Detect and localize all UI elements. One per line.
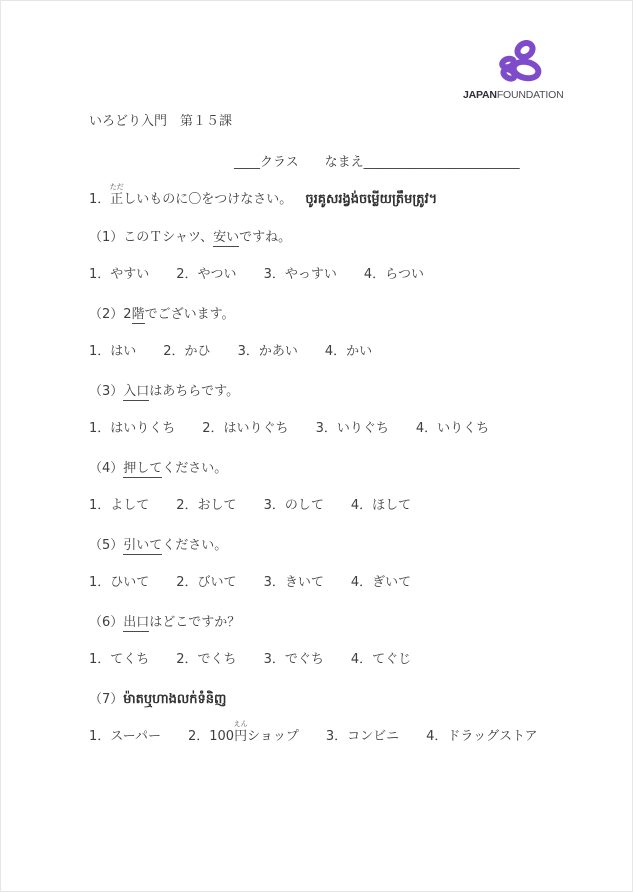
- answer-option: 4．ほして: [351, 497, 411, 514]
- instruction-kanji: 正: [110, 192, 123, 207]
- question-label: （7）: [89, 692, 123, 707]
- page-title: いろどり入門 第１５課: [89, 113, 232, 130]
- japan-foundation-logo: JAPANFOUNDATION: [461, 37, 561, 107]
- worksheet-page: JAPANFOUNDATION いろどり入門 第１５課 ____クラスなまえ__…: [0, 0, 633, 892]
- instruction-ruby: 正ただ: [110, 191, 123, 208]
- answer-option: 4．ドラッグストア: [426, 728, 538, 745]
- answer-option: 1．はい: [89, 343, 136, 360]
- question-3-line: （3）入口はあちらです。: [89, 383, 239, 400]
- answer-option: 3．でぐち: [264, 651, 324, 668]
- option-ruby: 円えん: [234, 728, 247, 745]
- answer-option: 1．よして: [89, 497, 149, 514]
- name-blank-line: ________________________: [364, 155, 520, 170]
- question-7-line: （7）ម៉ាតឬហាងលក់ទំនិញ: [89, 691, 226, 708]
- question-7-options: 1．スーパー2．100円えんショップ3．コンビニ4．ドラッグストア: [89, 728, 538, 745]
- question-post-text: はあちらです。: [149, 384, 239, 399]
- furigana: ただ: [110, 184, 124, 191]
- logo-wordmark: JAPANFOUNDATION: [463, 89, 559, 101]
- question-4-line: （4）押してください。: [89, 460, 227, 477]
- question-4-options: 1．よして2．おして3．のして4．ほして: [89, 497, 411, 514]
- answer-option: 2．やつい: [176, 266, 236, 283]
- instruction-khmer: ចូរគូសរង្វង់ចម្លើយត្រឹមត្រូវ។: [305, 192, 437, 207]
- answer-option: 4．らつい: [364, 266, 424, 283]
- underlined-word: 引いて: [123, 538, 162, 555]
- question-6-line: （6）出口はどこですか？: [89, 614, 240, 631]
- answer-option: 4．ぎいて: [351, 574, 411, 591]
- furigana: えん: [234, 721, 248, 728]
- answer-option: 4．いりくち: [416, 420, 489, 437]
- instruction-line: 1．正ただしいものに〇をつけなさい。ចូរគូសរង្វង់ចម្លើយត្រឹ…: [89, 191, 437, 208]
- answer-option: 1．ひいて: [89, 574, 149, 591]
- name-label: なまえ: [325, 155, 364, 170]
- answer-option: 2．でくち: [176, 651, 236, 668]
- answer-option: 3．かあい: [238, 343, 298, 360]
- question-label: （5）: [89, 538, 123, 553]
- question-post-text: ください。: [162, 461, 227, 476]
- answer-option: 1．やすい: [89, 266, 149, 283]
- answer-option: 2．100円えんショップ: [188, 728, 299, 745]
- question-pre-text: このＴシャツ、: [123, 230, 213, 245]
- question-label: （3）: [89, 384, 123, 399]
- underlined-word: 押して: [123, 461, 162, 478]
- answer-option: 1．てくち: [89, 651, 149, 668]
- question-label: （1）: [89, 230, 123, 245]
- underlined-word: 出口: [123, 615, 149, 632]
- underlined-word: 入口: [123, 384, 149, 401]
- question-5-line: （5）引いてください。: [89, 537, 227, 554]
- butterfly-logo-icon: [495, 37, 545, 89]
- question-1-line: （1）このＴシャツ、安いですね。: [89, 229, 291, 246]
- underlined-word: 階: [132, 307, 145, 324]
- answer-option: 3．やっすい: [264, 266, 337, 283]
- question-post-text: ですね。: [239, 230, 291, 245]
- question-label: （6）: [89, 615, 123, 630]
- question-3-options: 1．はいりくち2．はいりぐち3．いりぐち4．いりくち: [89, 420, 489, 437]
- class-name-line: ____クラスなまえ________________________: [234, 154, 520, 171]
- underlined-word: 安い: [213, 230, 239, 247]
- question-5-options: 1．ひいて2．びいて3．きいて4．ぎいて: [89, 574, 411, 591]
- class-label: クラス: [260, 155, 299, 170]
- question-pre-text: 2: [123, 307, 131, 322]
- answer-option: 2．おして: [176, 497, 236, 514]
- question-post-text: でございます。: [145, 307, 235, 322]
- question-label: （2）: [89, 307, 123, 322]
- answer-option: 3．いりぐち: [316, 420, 389, 437]
- instruction-text: しいものに〇をつけなさい。: [123, 192, 292, 207]
- answer-option: 1．スーパー: [89, 728, 161, 745]
- answer-option: 3．きいて: [264, 574, 324, 591]
- question-khmer-text: ម៉ាតឬហាងលក់ទំនិញ: [123, 692, 226, 707]
- class-blank-line: ____: [234, 155, 260, 170]
- answer-option: 2．かひ: [163, 343, 210, 360]
- question-1-options: 1．やすい2．やつい3．やっすい4．らつい: [89, 266, 424, 283]
- logo-word-foundation: FOUNDATION: [497, 89, 564, 101]
- question-2-options: 1．はい2．かひ3．かあい4．かい: [89, 343, 372, 360]
- answer-option: 3．コンビニ: [326, 728, 399, 745]
- question-label: （4）: [89, 461, 123, 476]
- question-6-options: 1．てくち2．でくち3．でぐち4．てぐじ: [89, 651, 411, 668]
- answer-option: 3．のして: [264, 497, 324, 514]
- question-post-text: ください。: [162, 538, 227, 553]
- logo-word-japan: JAPAN: [463, 89, 497, 101]
- answer-option: 2．はいりぐち: [202, 420, 288, 437]
- instruction-number: 1．: [89, 192, 110, 207]
- question-post-text: はどこですか？: [149, 615, 240, 630]
- answer-option: 4．かい: [325, 343, 372, 360]
- answer-option: 1．はいりくち: [89, 420, 175, 437]
- answer-option: 2．びいて: [176, 574, 236, 591]
- question-2-line: （2）2階でございます。: [89, 306, 235, 323]
- answer-option: 4．てぐじ: [351, 651, 411, 668]
